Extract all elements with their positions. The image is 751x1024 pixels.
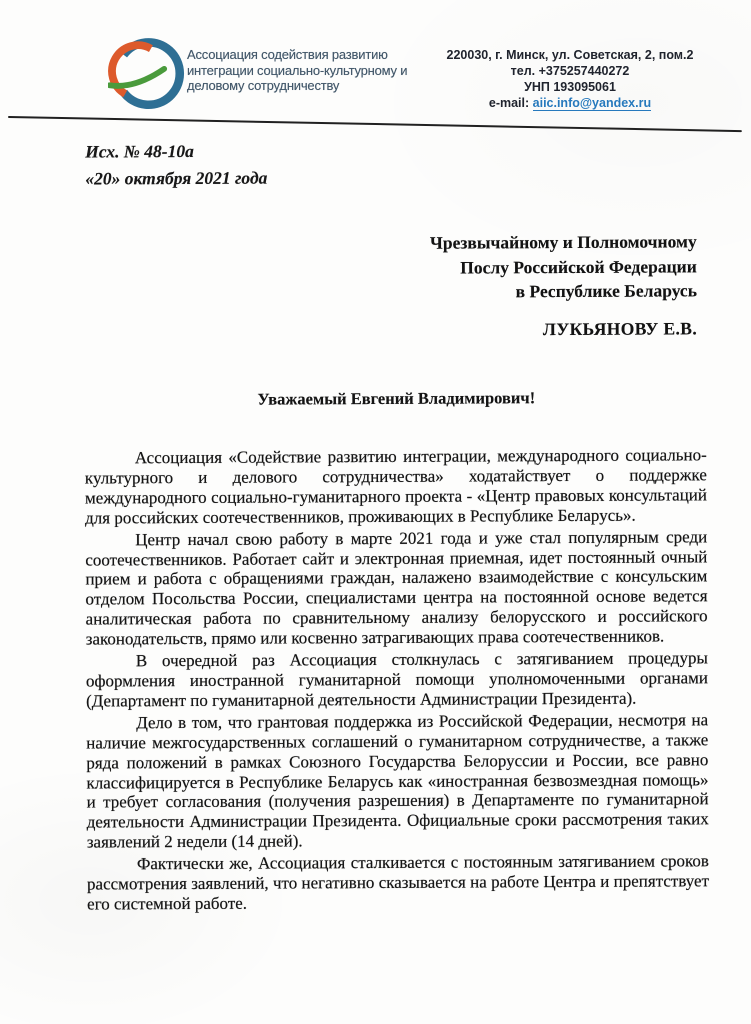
recipient-line: Послу Российской Федерации [430,254,697,280]
recipient-block: Чрезвычайному и Полномочному Послу Росси… [430,229,697,341]
recipient-line: Чрезвычайному и Полномочному [430,229,697,255]
letter-body: Ассоциация «Содействие развитию интеграц… [85,445,709,916]
outgoing-number: Исх. № 48-10а [85,138,267,166]
salutation: Уважаемый Евгений Владимирович! [257,388,535,409]
letter-content: Исх. № 48-10а «20» октября 2021 года Чре… [0,0,751,1024]
reference-block: Исх. № 48-10а «20» октября 2021 года [85,138,267,193]
recipient-name: ЛУКЬЯНОВУ Е.В. [430,316,697,342]
paragraph: В очередной раз Ассоциация столкнулась с… [86,648,708,711]
paragraph: Ассоциация «Содействие развитию интеграц… [85,445,707,528]
paragraph: Фактически же, Ассоциация сталкивается с… [87,851,709,914]
recipient-line: в Республике Беларусь [430,278,697,304]
scanned-letter-page: Ассоциация содействия развитию интеграци… [0,0,751,1024]
paragraph: Центр начал свою работу в марте 2021 год… [85,527,708,650]
paragraph: Дело в том, что грантовая поддержка из Р… [86,710,709,853]
letter-date: «20» октября 2021 года [85,165,267,193]
